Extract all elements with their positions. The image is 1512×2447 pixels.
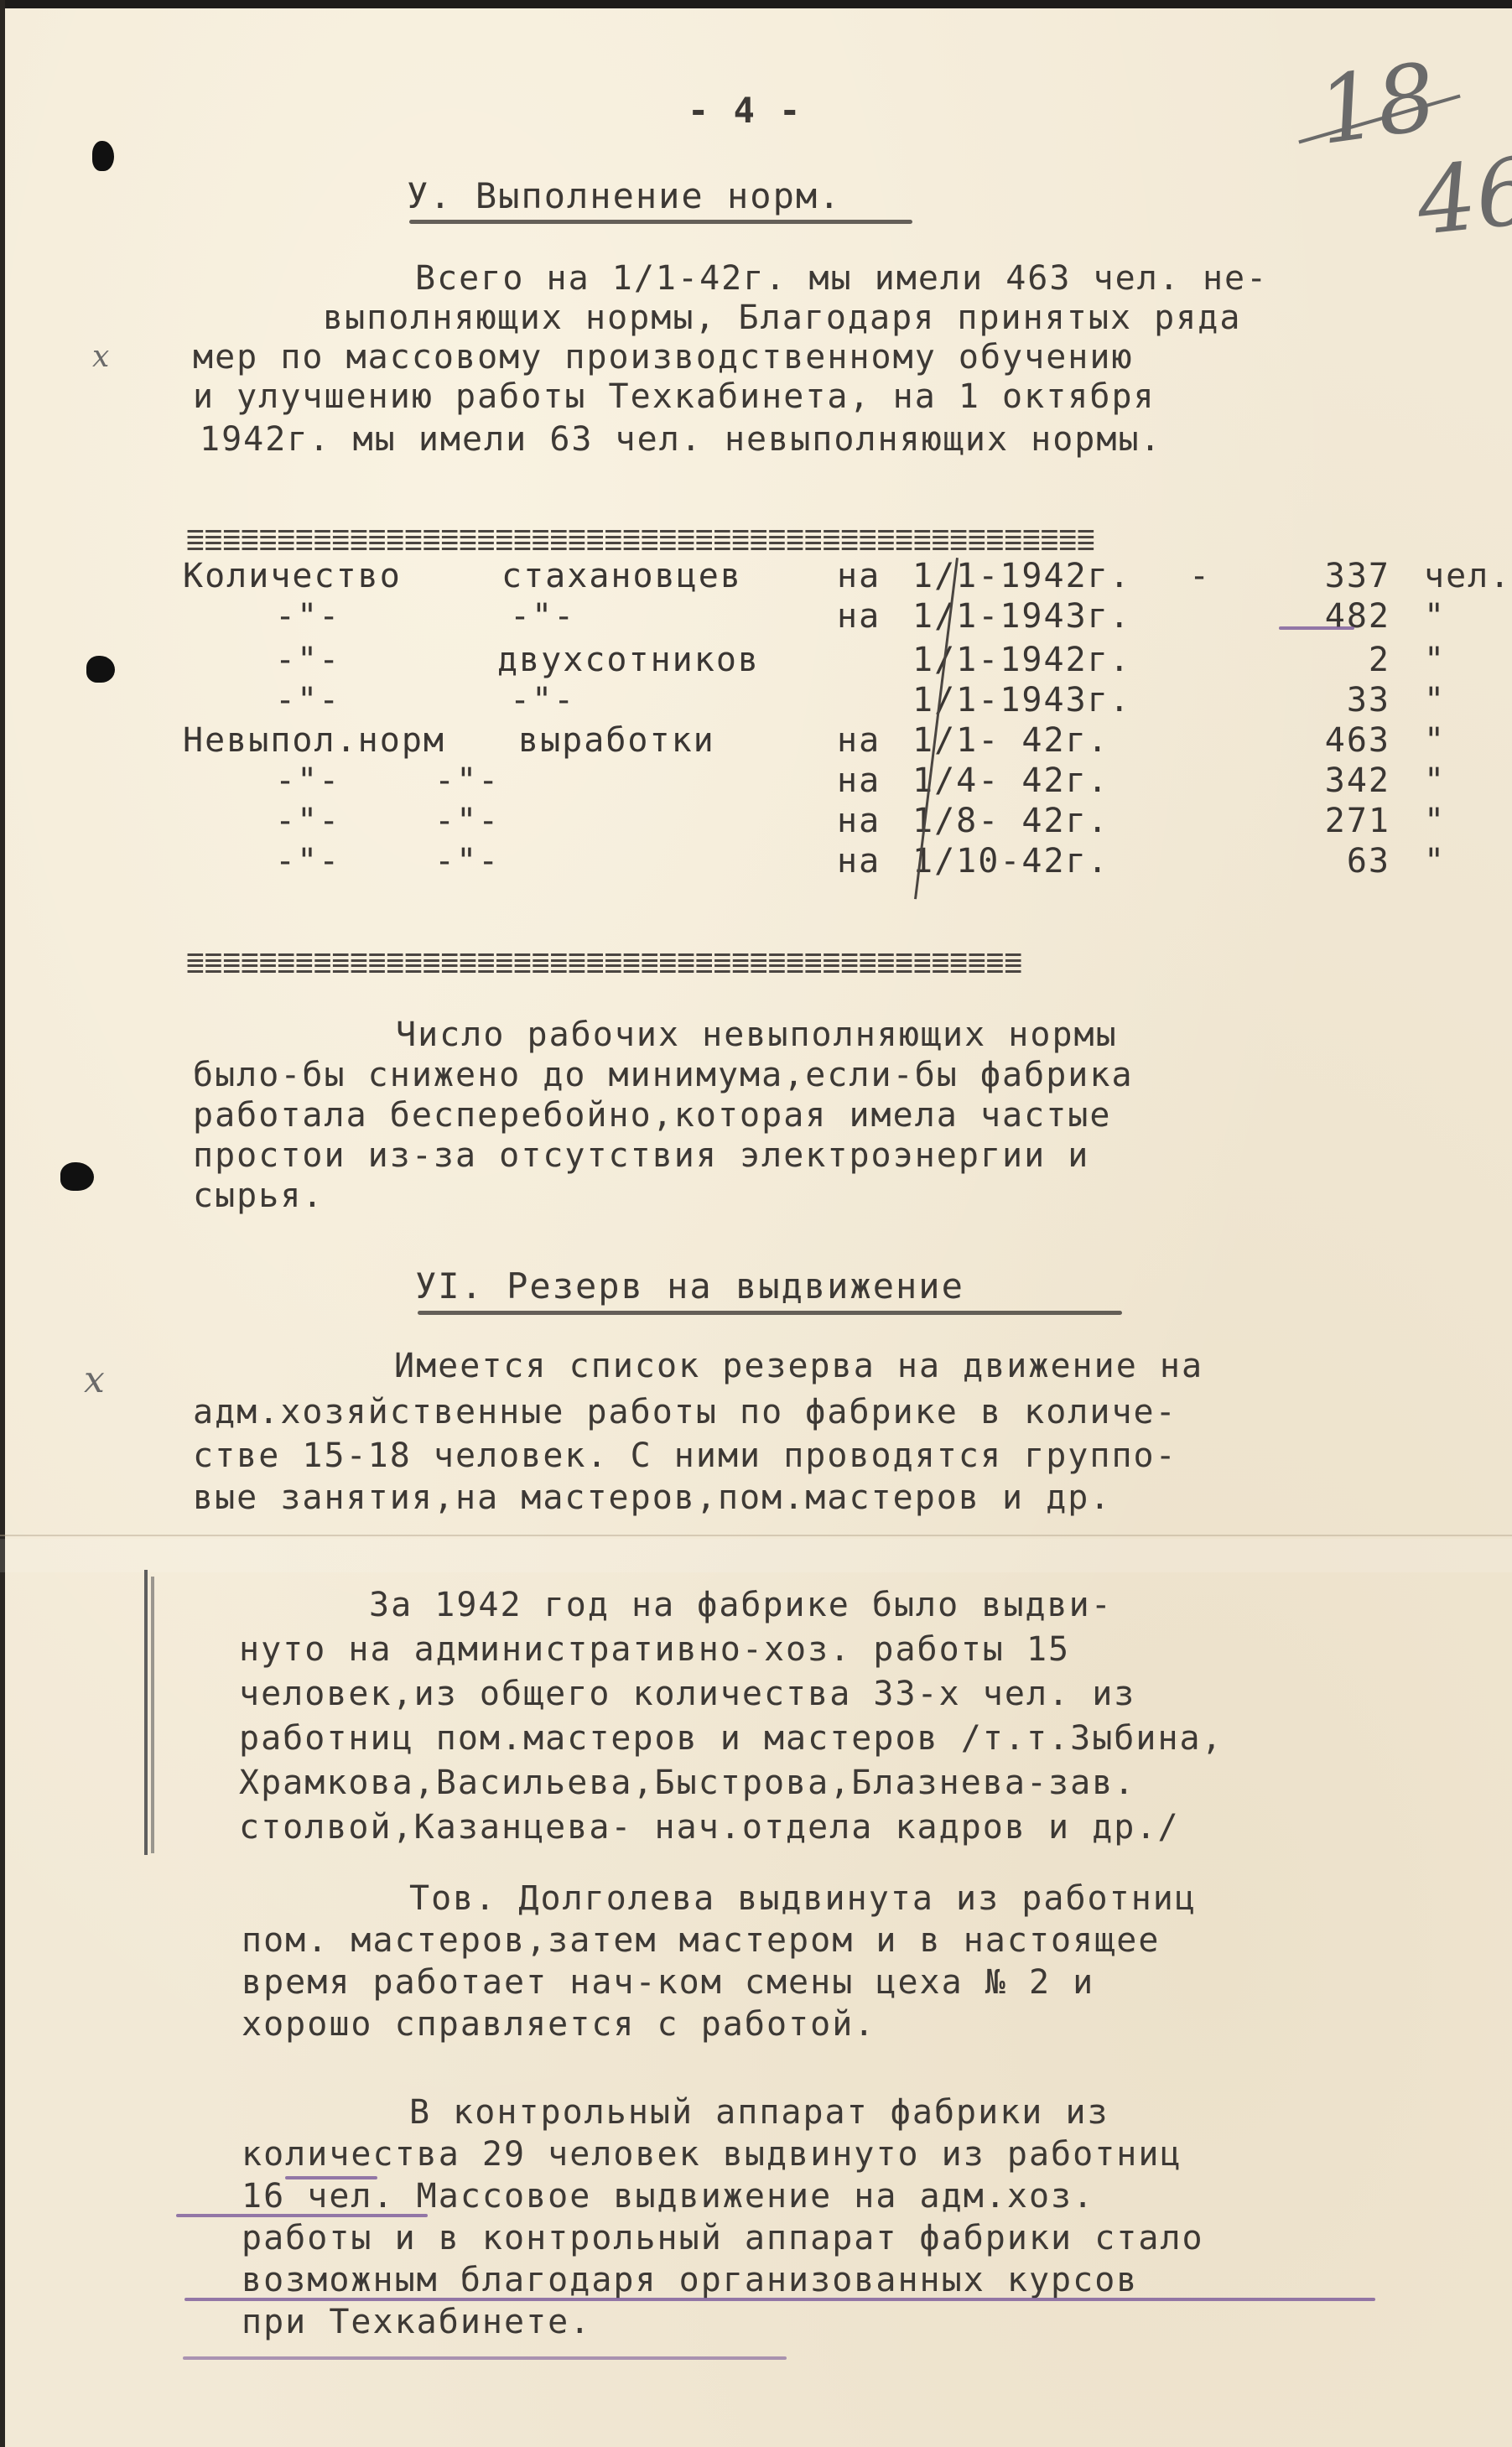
table-row: -"- -"- на 1/8- 42г. 271 " — [183, 798, 1508, 844]
row-unit: " — [1424, 678, 1446, 723]
table-row: -"- -"- на 1/4- 42г. 342 " — [183, 758, 1508, 803]
paragraph-line: стве 15-18 человек. С ними проводятся гр… — [193, 1436, 1177, 1476]
row-unit: " — [1424, 798, 1446, 844]
margin-vertical-pencil-line — [151, 1577, 154, 1853]
margin-vertical-pencil-line — [144, 1570, 148, 1855]
row-sublabel: -"- — [434, 758, 500, 803]
table-row: -"- двухсотников 1/1-1942г. 2 " — [183, 637, 1508, 683]
paragraph-line: Тов. Долголева выдвинута из работниц — [409, 1878, 1197, 1919]
punch-hole — [86, 656, 115, 683]
row-sublabel: -"- — [510, 678, 575, 723]
page-number: - 4 - — [688, 91, 802, 131]
table-row: Количество стахановцев на 1/1-1942г. - 3… — [183, 553, 1508, 599]
paragraph-line: работы и в контрольный аппарат фабрики с… — [242, 2218, 1204, 2258]
scan-top-edge — [0, 0, 1512, 8]
paragraph-line: сырья. — [193, 1176, 325, 1216]
paragraph-line: выполняющих нормы, Благодаря принятых ря… — [323, 298, 1241, 338]
violet-underline — [184, 2298, 1375, 2301]
archive-number: 46 — [1412, 137, 1512, 256]
row-sublabel: -"- — [434, 798, 500, 844]
row-sublabel: -"- — [510, 594, 575, 639]
row-unit: " — [1424, 637, 1446, 683]
row-date: 1/10-42г. — [912, 839, 1109, 884]
row-date: 1/4- 42г. — [912, 758, 1109, 803]
row-label: -"- — [275, 594, 340, 639]
paragraph-line: время работает нач-ком смены цеха № 2 и — [242, 1962, 1094, 2003]
paragraph-line: В контрольный аппарат фабрики из — [409, 2092, 1109, 2133]
row-unit: " — [1424, 758, 1446, 803]
row-value: 337 — [1273, 553, 1390, 599]
row-dash: - — [1189, 553, 1211, 599]
paragraph-line: адм.хозяйственные работы по фабрике в ко… — [193, 1392, 1177, 1432]
paragraph-line: работниц пом.мастеров и мастеров /т.т.Зы… — [239, 1718, 1224, 1759]
paragraph-line: хорошо справляется с работой. — [242, 2004, 876, 2044]
paragraph-line: нуто на административно-хоз. работы 15 — [239, 1629, 1070, 1670]
paragraph-line: За 1942 год на фабрике было выдви- — [369, 1585, 1113, 1625]
table-rule-bottom-2: ========================================… — [186, 956, 1444, 981]
row-date: 1/1-1943г. — [912, 678, 1131, 723]
paragraph-line: и улучшению работы Техкабинета, на 1 окт… — [193, 377, 1156, 417]
table-row: Невыпол.норм выработки на 1/1- 42г. 463 … — [183, 718, 1508, 763]
scan-left-edge — [0, 0, 5, 2447]
paragraph-line: 1942г. мы имели 63 чел. невыполняющих но… — [200, 419, 1162, 460]
punch-hole — [92, 141, 114, 171]
row-value: 482 — [1273, 594, 1390, 639]
paragraph-line: Всего на 1/1-42г. мы имели 463 чел. не- — [415, 258, 1268, 299]
row-value: 33 — [1273, 678, 1390, 723]
paper-fold — [0, 1535, 1512, 1536]
paragraph-line: 16 чел. Массовое выдвижение на адм.хоз. — [242, 2176, 1094, 2216]
row-label: -"- — [275, 839, 340, 884]
row-na: на — [837, 594, 881, 639]
row-label: Невыпол.норм — [183, 718, 445, 763]
row-value: 271 — [1273, 798, 1390, 844]
paragraph-line: человек,из общего количества 33-х чел. и… — [239, 1674, 1135, 1714]
paragraph-line: пом. мастеров,затем мастером и в настоящ… — [242, 1920, 1160, 1961]
paragraph-line: было-бы снижено до минимума,если-бы фабр… — [193, 1055, 1134, 1095]
violet-underline — [183, 2356, 787, 2360]
paragraph-line: столвой,Казанцева- нач.отдела кадров и д… — [239, 1807, 1180, 1847]
margin-x-mark: x — [92, 340, 109, 374]
heading-underline — [409, 220, 912, 224]
row-na: на — [837, 553, 881, 599]
row-unit: " — [1424, 718, 1446, 763]
section-6-heading: УI. Резерв на выдвижение — [415, 1266, 964, 1307]
table-row: -"- -"- на 1/1-1943г. 482 " — [183, 594, 1508, 639]
table-row: -"- -"- на 1/10-42г. 63 " — [183, 839, 1508, 884]
paragraph-line: Храмкова,Васильева,Быстрова,Блазнева-зав… — [239, 1763, 1135, 1803]
paragraph-line: при Техкабинете. — [242, 2302, 591, 2342]
margin-x-mark: x — [84, 1359, 105, 1401]
row-na: на — [837, 839, 881, 884]
row-unit: " — [1424, 839, 1446, 884]
paragraph-line: простои из-за отсутствия электроэнергии … — [193, 1135, 1089, 1176]
punch-hole — [60, 1162, 94, 1191]
row-value: 342 — [1273, 758, 1390, 803]
row-na: на — [837, 758, 881, 803]
paragraph-line: количества 29 человек выдвинуто из работ… — [242, 2134, 1182, 2174]
paragraph-line: вые занятия,на мастеров,пом.мастеров и д… — [193, 1478, 1111, 1518]
table-row: -"- -"- 1/1-1943г. 33 " — [183, 678, 1508, 723]
heading-underline — [418, 1311, 1122, 1315]
row-label: -"- — [275, 637, 340, 683]
row-sublabel: стахановцев — [501, 553, 742, 599]
paragraph-line: возможным благодаря организованных курсо… — [242, 2260, 1138, 2300]
paragraph-line: мер по массовому производственному обуче… — [193, 337, 1134, 377]
row-sublabel: двухсотников — [497, 637, 760, 683]
paper-fold-shade — [0, 1539, 1512, 1572]
row-value: 2 — [1273, 637, 1390, 683]
row-sublabel: выработки — [518, 718, 715, 763]
row-label: -"- — [275, 758, 340, 803]
row-label: Количество — [183, 553, 402, 599]
row-date: 1/1- 42г. — [912, 718, 1109, 763]
row-date: 1/8- 42г. — [912, 798, 1109, 844]
violet-underline — [285, 2176, 377, 2179]
row-date: 1/1-1943г. — [912, 594, 1131, 639]
paragraph-line: Имеется список резерва на движение на — [394, 1346, 1203, 1386]
violet-underline — [176, 2214, 428, 2217]
row-na: на — [837, 718, 881, 763]
row-label: -"- — [275, 678, 340, 723]
value-underline-violet — [1279, 626, 1354, 630]
row-sublabel: -"- — [434, 839, 500, 884]
section-5-heading: У. Выполнение норм. — [407, 176, 841, 216]
row-unit: " — [1424, 594, 1446, 639]
row-date: 1/1-1942г. — [912, 553, 1131, 599]
row-label: -"- — [275, 798, 340, 844]
row-unit: чел. — [1424, 553, 1511, 599]
row-na: на — [837, 798, 881, 844]
row-value: 63 — [1273, 839, 1390, 884]
row-value: 463 — [1273, 718, 1390, 763]
paragraph-line: Число рабочих невыполняющих нормы — [396, 1015, 1118, 1055]
paragraph-line: работала бесперебойно,которая имела част… — [193, 1095, 1111, 1135]
